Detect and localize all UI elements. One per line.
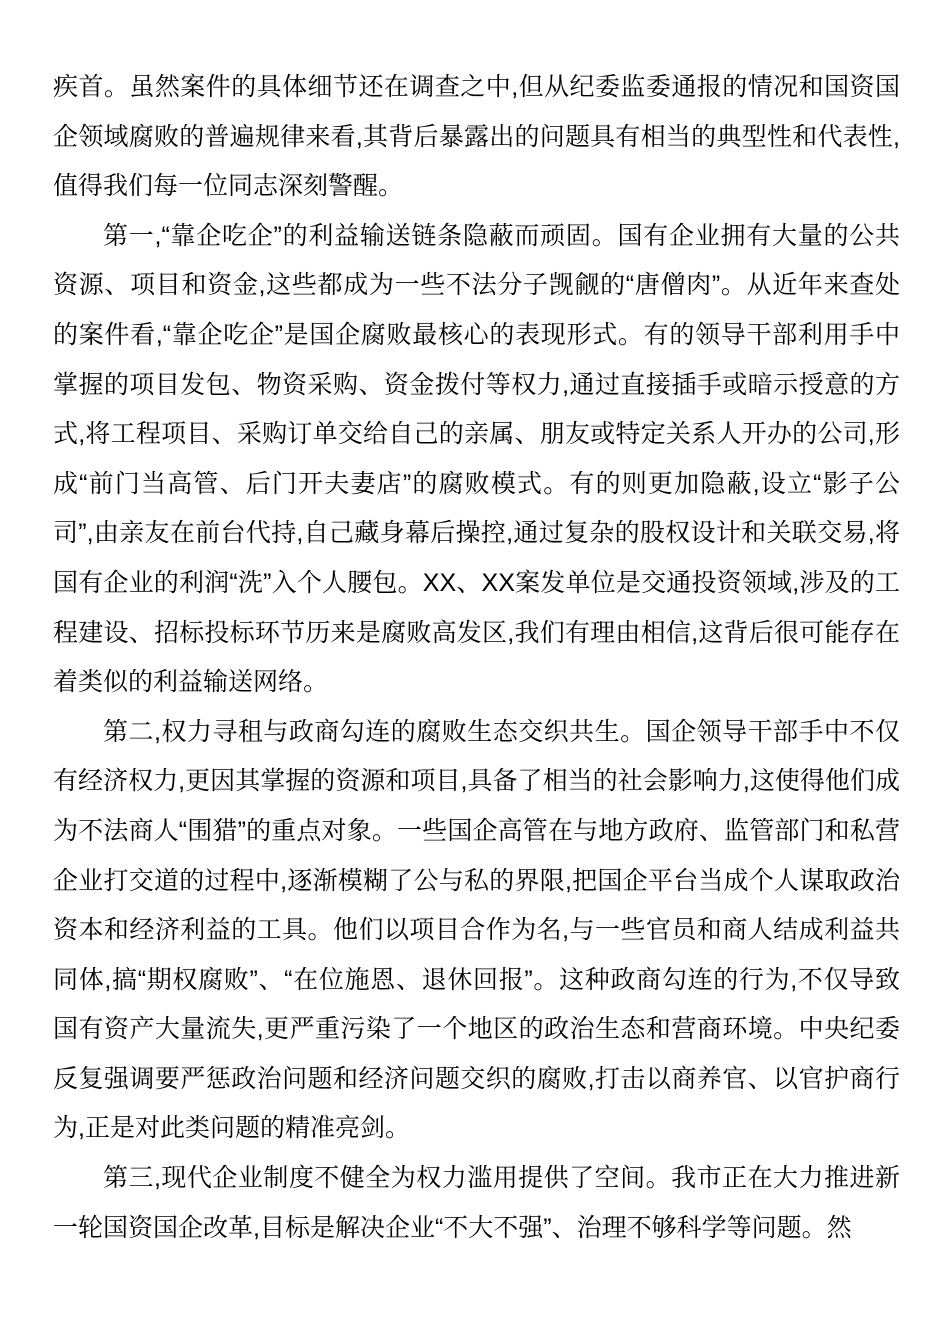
paragraph-point-3: 第三,现代企业制度不健全为权力滥用提供了空间。我市正在大力推进新一轮国资国企改革… — [53, 1154, 900, 1253]
paragraph-point-1: 第一,“靠企吃企”的利益输送链条隐蔽而顽固。国有企业拥有大量的公共资源、项目和资… — [53, 212, 900, 708]
document-page: 疾首。虽然案件的具体细节还在调查之中,但从纪委监委通报的情况和国资国企领域腐败的… — [0, 0, 950, 1344]
paragraph-point-2: 第二,权力寻租与政商勾连的腐败生态交织共生。国企领导干部手中不仅有经济权力,更因… — [53, 708, 900, 1154]
paragraph-continuation: 疾首。虽然案件的具体细节还在调查之中,但从纪委监委通报的情况和国资国企领域腐败的… — [53, 63, 900, 212]
